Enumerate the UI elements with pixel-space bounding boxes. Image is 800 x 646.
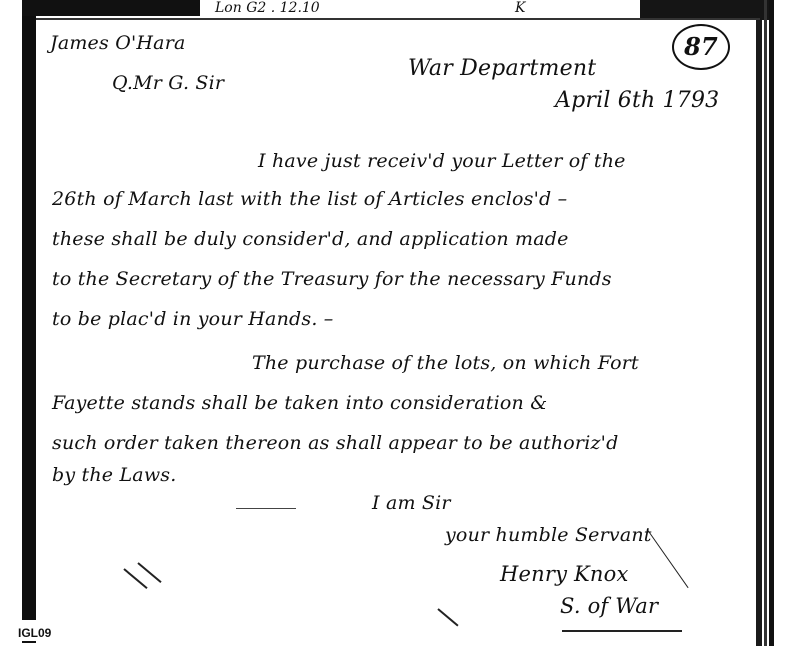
archive-label-underline <box>22 641 36 643</box>
folio-number-circled: 87 <box>672 24 730 70</box>
body-line-3: these shall be duly consider'd, and appl… <box>52 228 569 250</box>
top-label-left: Lon G2 . 12.10 <box>215 0 320 16</box>
signature-title: S. of War <box>560 594 658 618</box>
body-line-5: to be plac'd in your Hands. – <box>52 308 334 330</box>
ink-mark <box>123 568 147 589</box>
body-line-4: to the Secretary of the Treasury for the… <box>52 268 612 290</box>
addressee-title: Q.Mr G. Sir <box>112 72 224 94</box>
body-line-8: such order taken thereon as shall appear… <box>52 432 618 454</box>
body-line-7: Fayette stands shall be taken into consi… <box>52 392 547 414</box>
top-left-scan-shadow <box>22 0 202 16</box>
ink-mark <box>437 608 458 626</box>
right-margin <box>774 0 800 646</box>
department-heading: War Department <box>408 56 596 81</box>
left-scan-border <box>22 0 36 620</box>
archive-label: IGL09 <box>18 626 51 640</box>
body-line-6: The purchase of the lots, on which Fort <box>252 352 639 374</box>
right-scan-border-inner <box>764 0 767 646</box>
dash-flourish <box>236 508 296 509</box>
addressee-name: James O'Hara <box>50 32 186 54</box>
ink-flourish <box>648 530 689 588</box>
top-page-edge <box>36 18 760 20</box>
letter-date: April 6th 1793 <box>555 88 719 113</box>
closing-servant: your humble Servant <box>445 524 652 546</box>
top-label-right: K <box>515 0 525 16</box>
scanned-letter: Lon G2 . 12.10 K James O'Hara Q.Mr G. Si… <box>0 0 800 646</box>
closing-salutation: I am Sir <box>372 492 451 514</box>
signature: Henry Knox <box>500 562 629 586</box>
body-line-9: by the Laws. <box>52 464 177 486</box>
right-scan-border <box>756 20 762 646</box>
body-line-2: 26th of March last with the list of Arti… <box>52 188 567 210</box>
top-right-scan-shadow <box>640 0 770 20</box>
ink-mark <box>137 562 161 583</box>
signature-underline <box>562 630 682 632</box>
body-line-1: I have just receiv'd your Letter of the <box>258 150 626 172</box>
